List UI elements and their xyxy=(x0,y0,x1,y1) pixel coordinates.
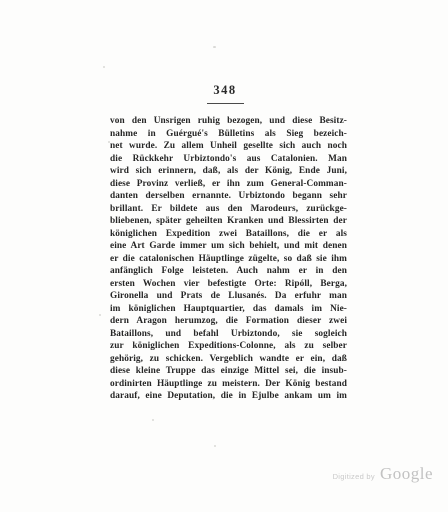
scan-speck xyxy=(108,141,110,143)
text-line: ordinirten Häuptlinge zu meistern. Der K… xyxy=(110,378,347,391)
body-text: von den Unsrigen ruhig bezogen, und dies… xyxy=(110,115,347,403)
text-line: von den Unsrigen ruhig bezogen, und dies… xyxy=(110,115,347,128)
text-line: ersten Wochen vier befestigte Orte: Ripó… xyxy=(110,278,347,291)
scan-speck xyxy=(99,314,101,316)
text-line: bliebenen, später geheilten Kranken und … xyxy=(110,215,347,228)
text-line: Gironella und Prats de Llusanés. Da erfu… xyxy=(110,290,347,303)
text-line: er die catalonischen Häuptlinge zügelte,… xyxy=(110,253,347,266)
text-line: brillant. Er bildete aus den Marodeurs, … xyxy=(110,203,347,216)
page-number-rule xyxy=(207,103,244,104)
scan-speck xyxy=(213,46,216,48)
text-line: königlichen Expedition zwei Bataillons, … xyxy=(110,228,347,241)
text-line: gehörig, zu schicken. Vergeblich wandte … xyxy=(110,353,347,366)
text-line: im königlichen Hauptquartier, das damals… xyxy=(110,303,347,316)
text-line: dern Aragon herumzog, die Formation dies… xyxy=(110,315,347,328)
text-line: die Rückkehr Urbiztondo's aus Catalonien… xyxy=(110,153,347,166)
text-line: nahme in Guérgué's Bülletins als Sieg be… xyxy=(110,128,347,141)
scan-speck xyxy=(214,445,216,447)
text-line: darauf, eine Deputation, die in Ejulbe a… xyxy=(110,390,347,403)
google-logo: Google xyxy=(380,464,433,484)
text-line: diese Provinz verließ, er ihn zum Genera… xyxy=(110,178,347,191)
scan-speck xyxy=(152,419,154,421)
text-line: eine Art Garde immer um sich behielt, un… xyxy=(110,240,347,253)
scan-speck xyxy=(103,66,105,68)
watermark: Digitized by Google xyxy=(333,464,433,484)
text-line: net wurde. Zu allem Unheil gesellte sich… xyxy=(110,140,347,153)
text-line: danten derselben ernannte. Urbiztondo be… xyxy=(110,190,347,203)
page-number: 348 xyxy=(0,83,448,98)
text-line: wird sich erinnern, daß, als der König, … xyxy=(110,165,347,178)
scanned-book-page: 348 von den Unsrigen ruhig bezogen, und … xyxy=(0,0,448,512)
text-line: Bataillons, und befahl Urbiztondo, sie s… xyxy=(110,328,347,341)
text-line: zur königlichen Expeditions-Colonne, als… xyxy=(110,340,347,353)
text-line: diese kleine Truppe das einzige Mittel s… xyxy=(110,365,347,378)
digitized-by-label: Digitized by xyxy=(333,472,375,481)
text-line: anfänglich Folge leisteten. Auch nahm er… xyxy=(110,265,347,278)
